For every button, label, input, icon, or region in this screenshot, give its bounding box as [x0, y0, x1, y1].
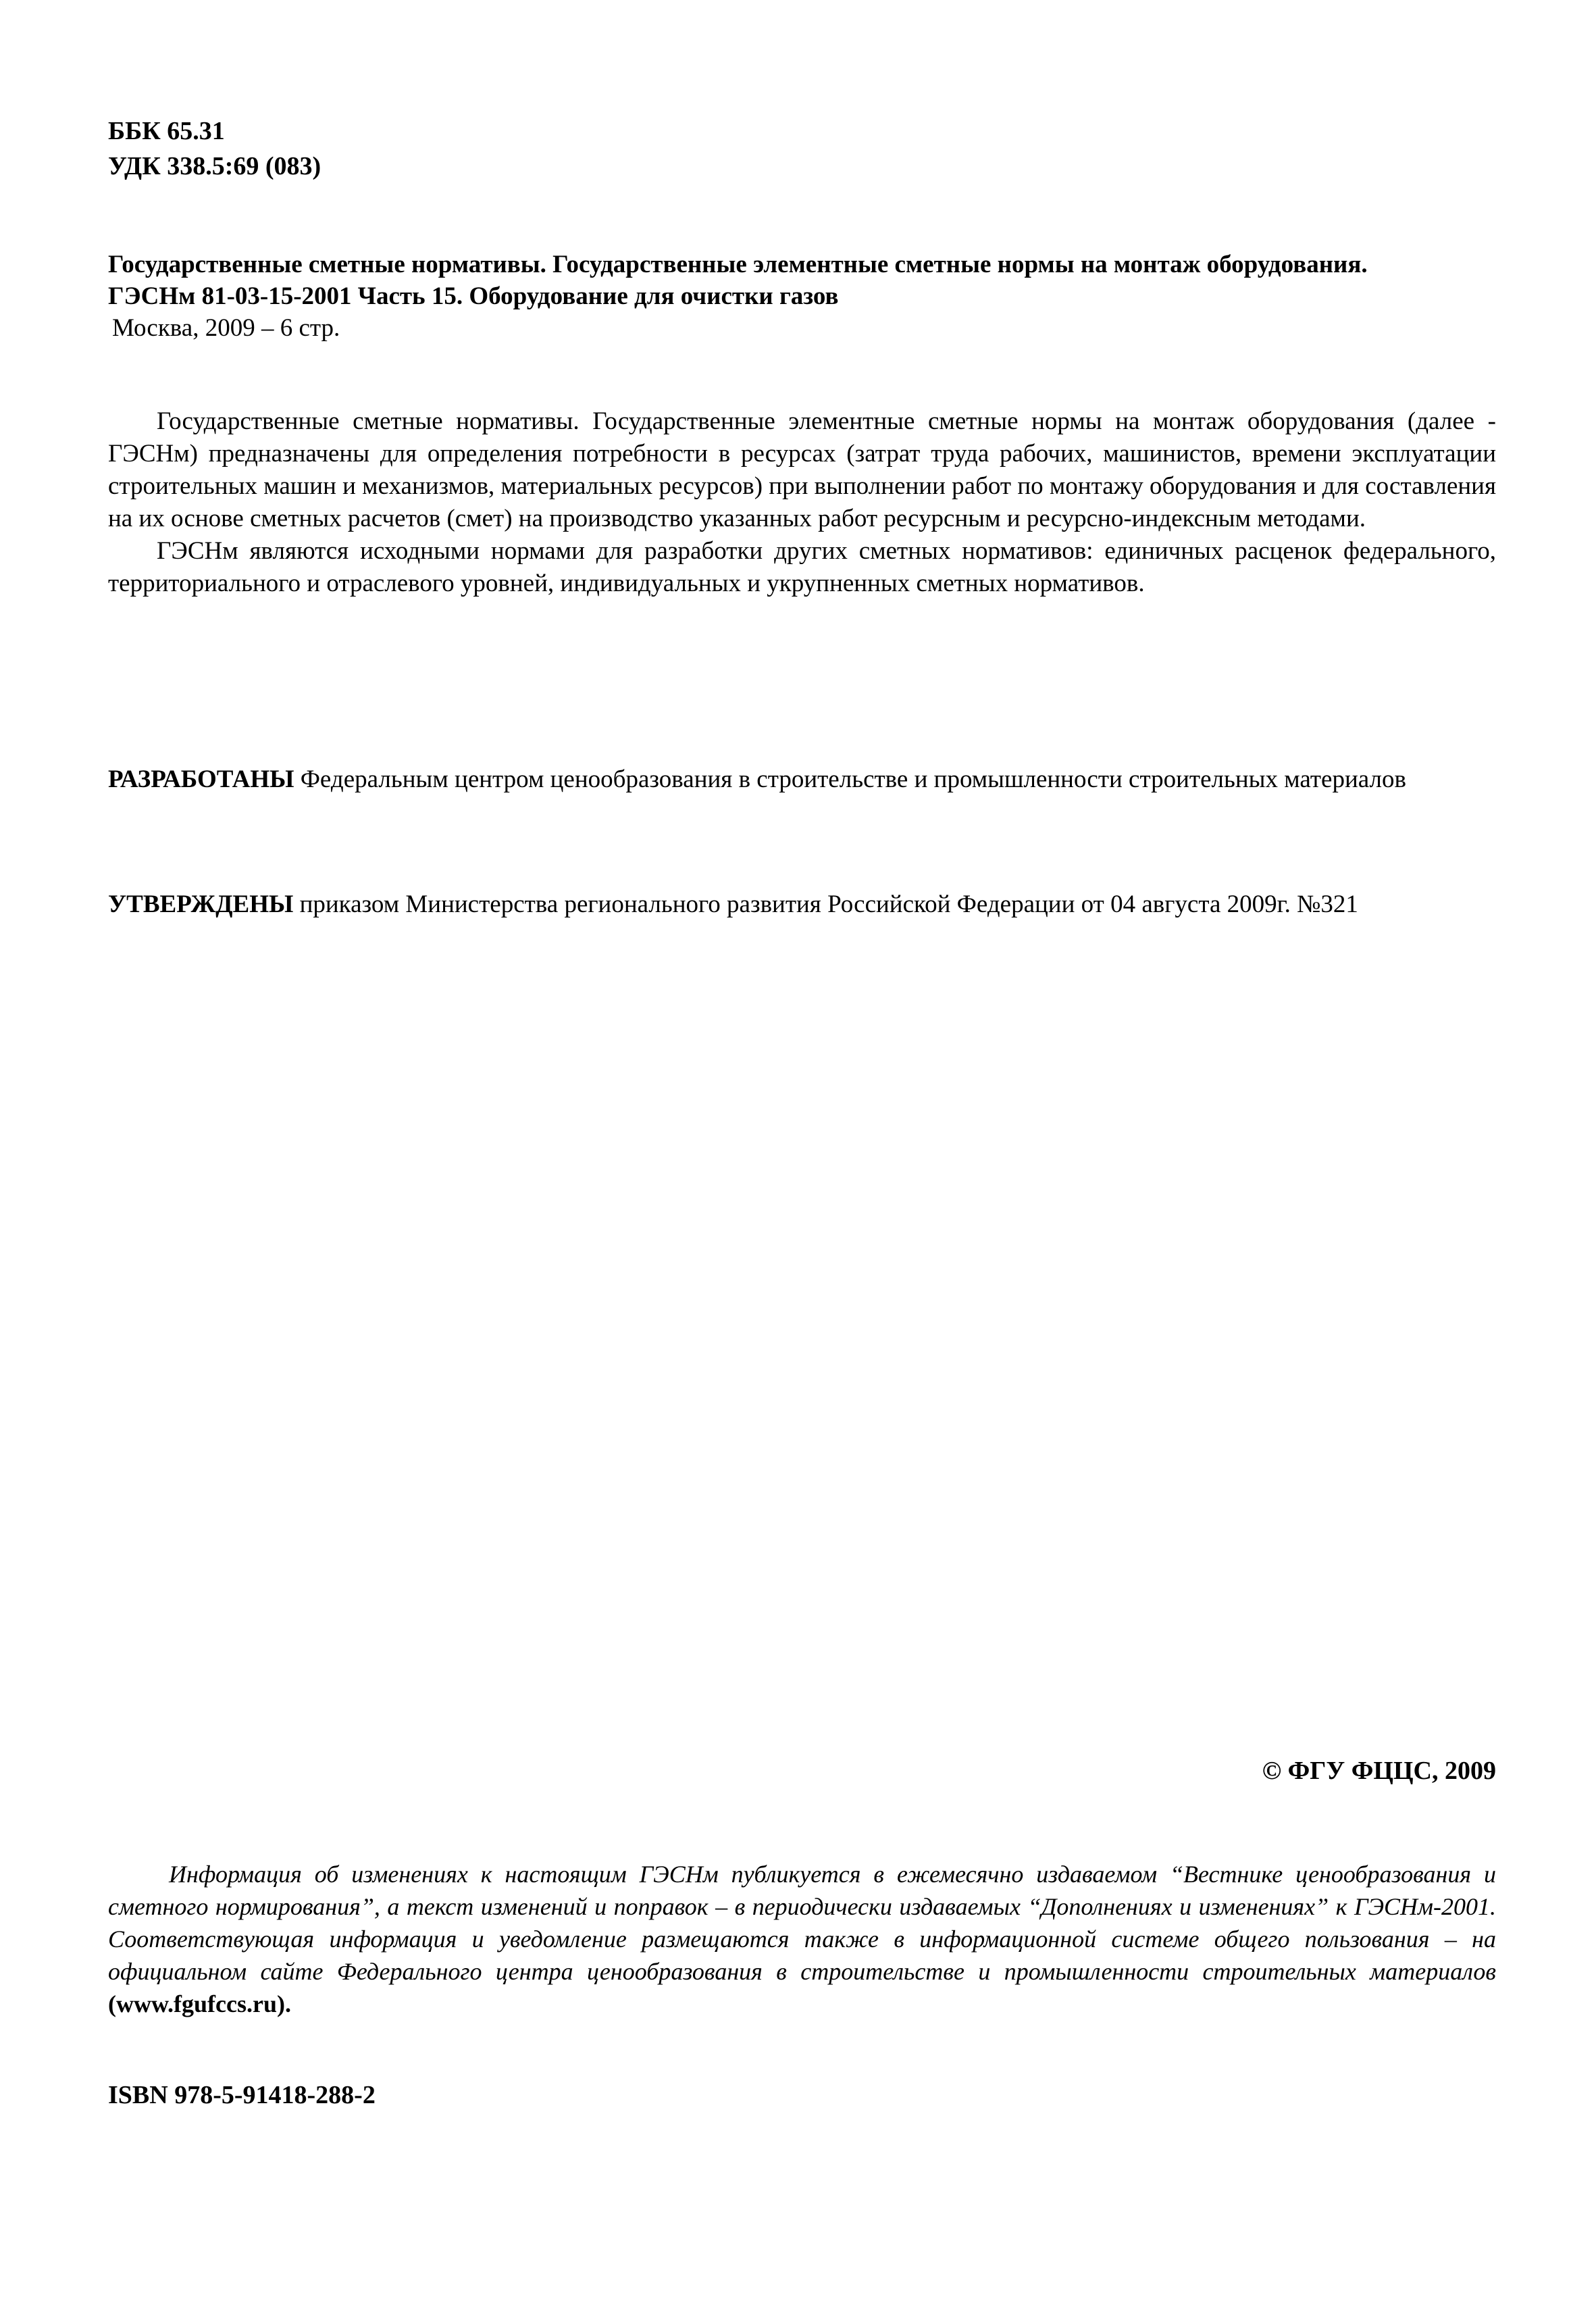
developed-by: РАЗРАБОТАНЫ Федеральным центром ценообра…	[108, 762, 1496, 797]
approved-by: УТВЕРЖДЕНЫ приказом Министерства региона…	[108, 887, 1496, 922]
copyright-notice: © ФГУ ФЦЦС, 2009	[1262, 1753, 1496, 1788]
citation-publication: Москва, 2009 – 6 стр.	[108, 312, 1496, 344]
citation-subtitle: ГЭСНм 81-03-15-2001 Часть 15. Оборудован…	[108, 280, 1496, 312]
udk-code: УДК 338.5:69 (083)	[108, 149, 1496, 184]
developed-text: Федеральным центром ценообразования в ст…	[294, 765, 1406, 793]
isbn: ISBN 978-5-91418-288-2	[108, 2078, 1496, 2113]
website-link[interactable]: (www.fgufccs.ru).	[108, 1990, 291, 2017]
approved-text: приказом Министерства регионального разв…	[293, 890, 1358, 918]
bbk-code: ББК 65.31	[108, 114, 1496, 149]
citation-title: Государственные сметные нормативы. Госуд…	[108, 249, 1496, 280]
intro-paragraph: Государственные сметные нормативы. Госуд…	[108, 405, 1496, 535]
notice-paragraph: Информация об изменениях к настоящим ГЭС…	[108, 1858, 1496, 2020]
intro-paragraph: ГЭСНм являются исходными нормами для раз…	[108, 535, 1496, 600]
document-page: ББК 65.31 УДК 338.5:69 (083) Государстве…	[0, 0, 1596, 2314]
developed-label: РАЗРАБОТАНЫ	[108, 765, 294, 793]
notice-text: Информация об изменениях к настоящим ГЭС…	[108, 1861, 1496, 1985]
classification-codes: ББК 65.31 УДК 338.5:69 (083)	[108, 114, 1496, 184]
bibliographic-citation: Государственные сметные нормативы. Госуд…	[108, 249, 1496, 344]
intro-text: Государственные сметные нормативы. Госуд…	[108, 405, 1496, 600]
changes-notice: Информация об изменениях к настоящим ГЭС…	[108, 1858, 1496, 2020]
approved-label: УТВЕРЖДЕНЫ	[108, 890, 293, 918]
